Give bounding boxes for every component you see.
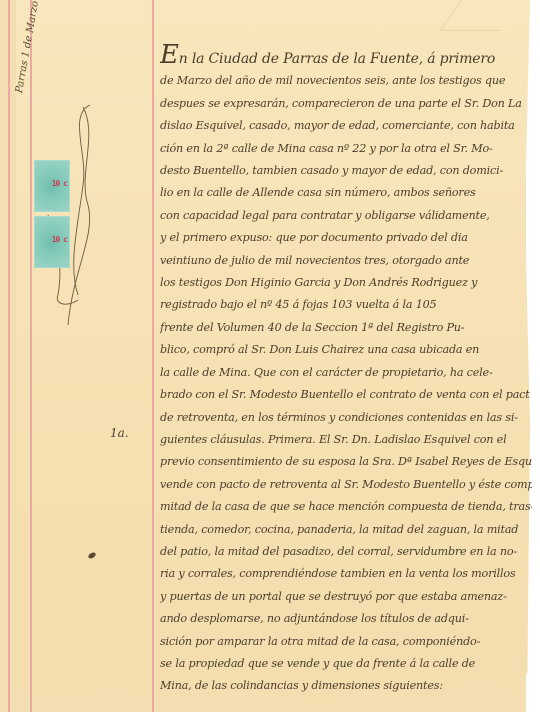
drop-initial: E — [160, 44, 179, 70]
folded-corner — [439, 0, 522, 31]
body-line: desto Buentello, tambien casado y mayor … — [160, 160, 532, 182]
body-line: y puertas de un portal que se destruyó p… — [160, 586, 532, 608]
body-line: veintiuno de julio de mil novecientos tr… — [160, 250, 532, 272]
body-line: y el primero expuso: que por documento p… — [160, 227, 532, 249]
body-line: brado con el Sr. Modesto Buentello el co… — [160, 384, 532, 406]
stamp-denomination: 10 c — [52, 179, 67, 188]
margin-rule-text — [152, 0, 154, 712]
body-line: En la Ciudad de Parras de la Fuente, á p… — [160, 44, 532, 70]
document-page: Parras 1 de Marzo de 1906 10 c 10 c 1a. … — [0, 0, 530, 712]
revenue-stamps: 10 c 10 c — [34, 160, 70, 268]
body-line: se la propiedad que se vende y que da fr… — [160, 653, 532, 675]
body-line: tienda, comedor, cocina, panaderia, la m… — [160, 519, 532, 541]
revenue-stamp-icon: 10 c — [34, 160, 70, 212]
body-line: de Marzo del año de mil novecientos seis… — [160, 70, 532, 92]
body-line: blico, compró al Sr. Don Luis Chairez un… — [160, 339, 532, 361]
body-line: vende con pacto de retroventa al Sr. Mod… — [160, 474, 532, 496]
body-line: ción en la 2ª calle de Mina casa nº 22 y… — [160, 138, 532, 160]
stamp-denomination: 10 c — [52, 235, 67, 244]
body-line: de retroventa, en los términos y condici… — [160, 407, 532, 429]
body-line: del patio, la mitad del pasadizo, del co… — [160, 541, 532, 563]
body-line: lio en la calle de Allende casa sin núme… — [160, 182, 532, 204]
body-line: guientes cláusulas. Primera. El Sr. Dn. … — [160, 429, 532, 451]
body-line: con capacidad legal para contratar y obl… — [160, 205, 532, 227]
body-line: la calle de Mina. Que con el carácter de… — [160, 362, 532, 384]
body-line: frente del Volumen 40 de la Seccion 1ª d… — [160, 317, 532, 339]
body-line: previo consentimiento de su esposa la Sr… — [160, 451, 532, 473]
body-line: sición por amparar la otra mitad de la c… — [160, 631, 532, 653]
margin-rule-outer — [8, 0, 10, 712]
body-line: dislao Esquivel, casado, mayor de edad, … — [160, 115, 532, 137]
body-line: los testigos Don Higinio Garcia y Don An… — [160, 272, 532, 294]
margin-item-number: 1a. — [110, 426, 129, 440]
revenue-stamp-icon: 10 c — [34, 216, 70, 268]
deed-body-text: En la Ciudad de Parras de la Fuente, á p… — [160, 44, 532, 698]
body-line: ria y corrales, comprendiéndose tambien … — [160, 563, 532, 585]
body-line: despues se expresarán, comparecieron de … — [160, 93, 532, 115]
body-line: ando desplomarse, no adjuntándose los tí… — [160, 608, 532, 630]
body-line: Mina, de las colindancias y dimensiones … — [160, 675, 532, 697]
body-line: registrado bajo el nº 45 á fojas 103 vue… — [160, 294, 532, 316]
body-line: mitad de la casa de que se hace mención … — [160, 496, 532, 518]
